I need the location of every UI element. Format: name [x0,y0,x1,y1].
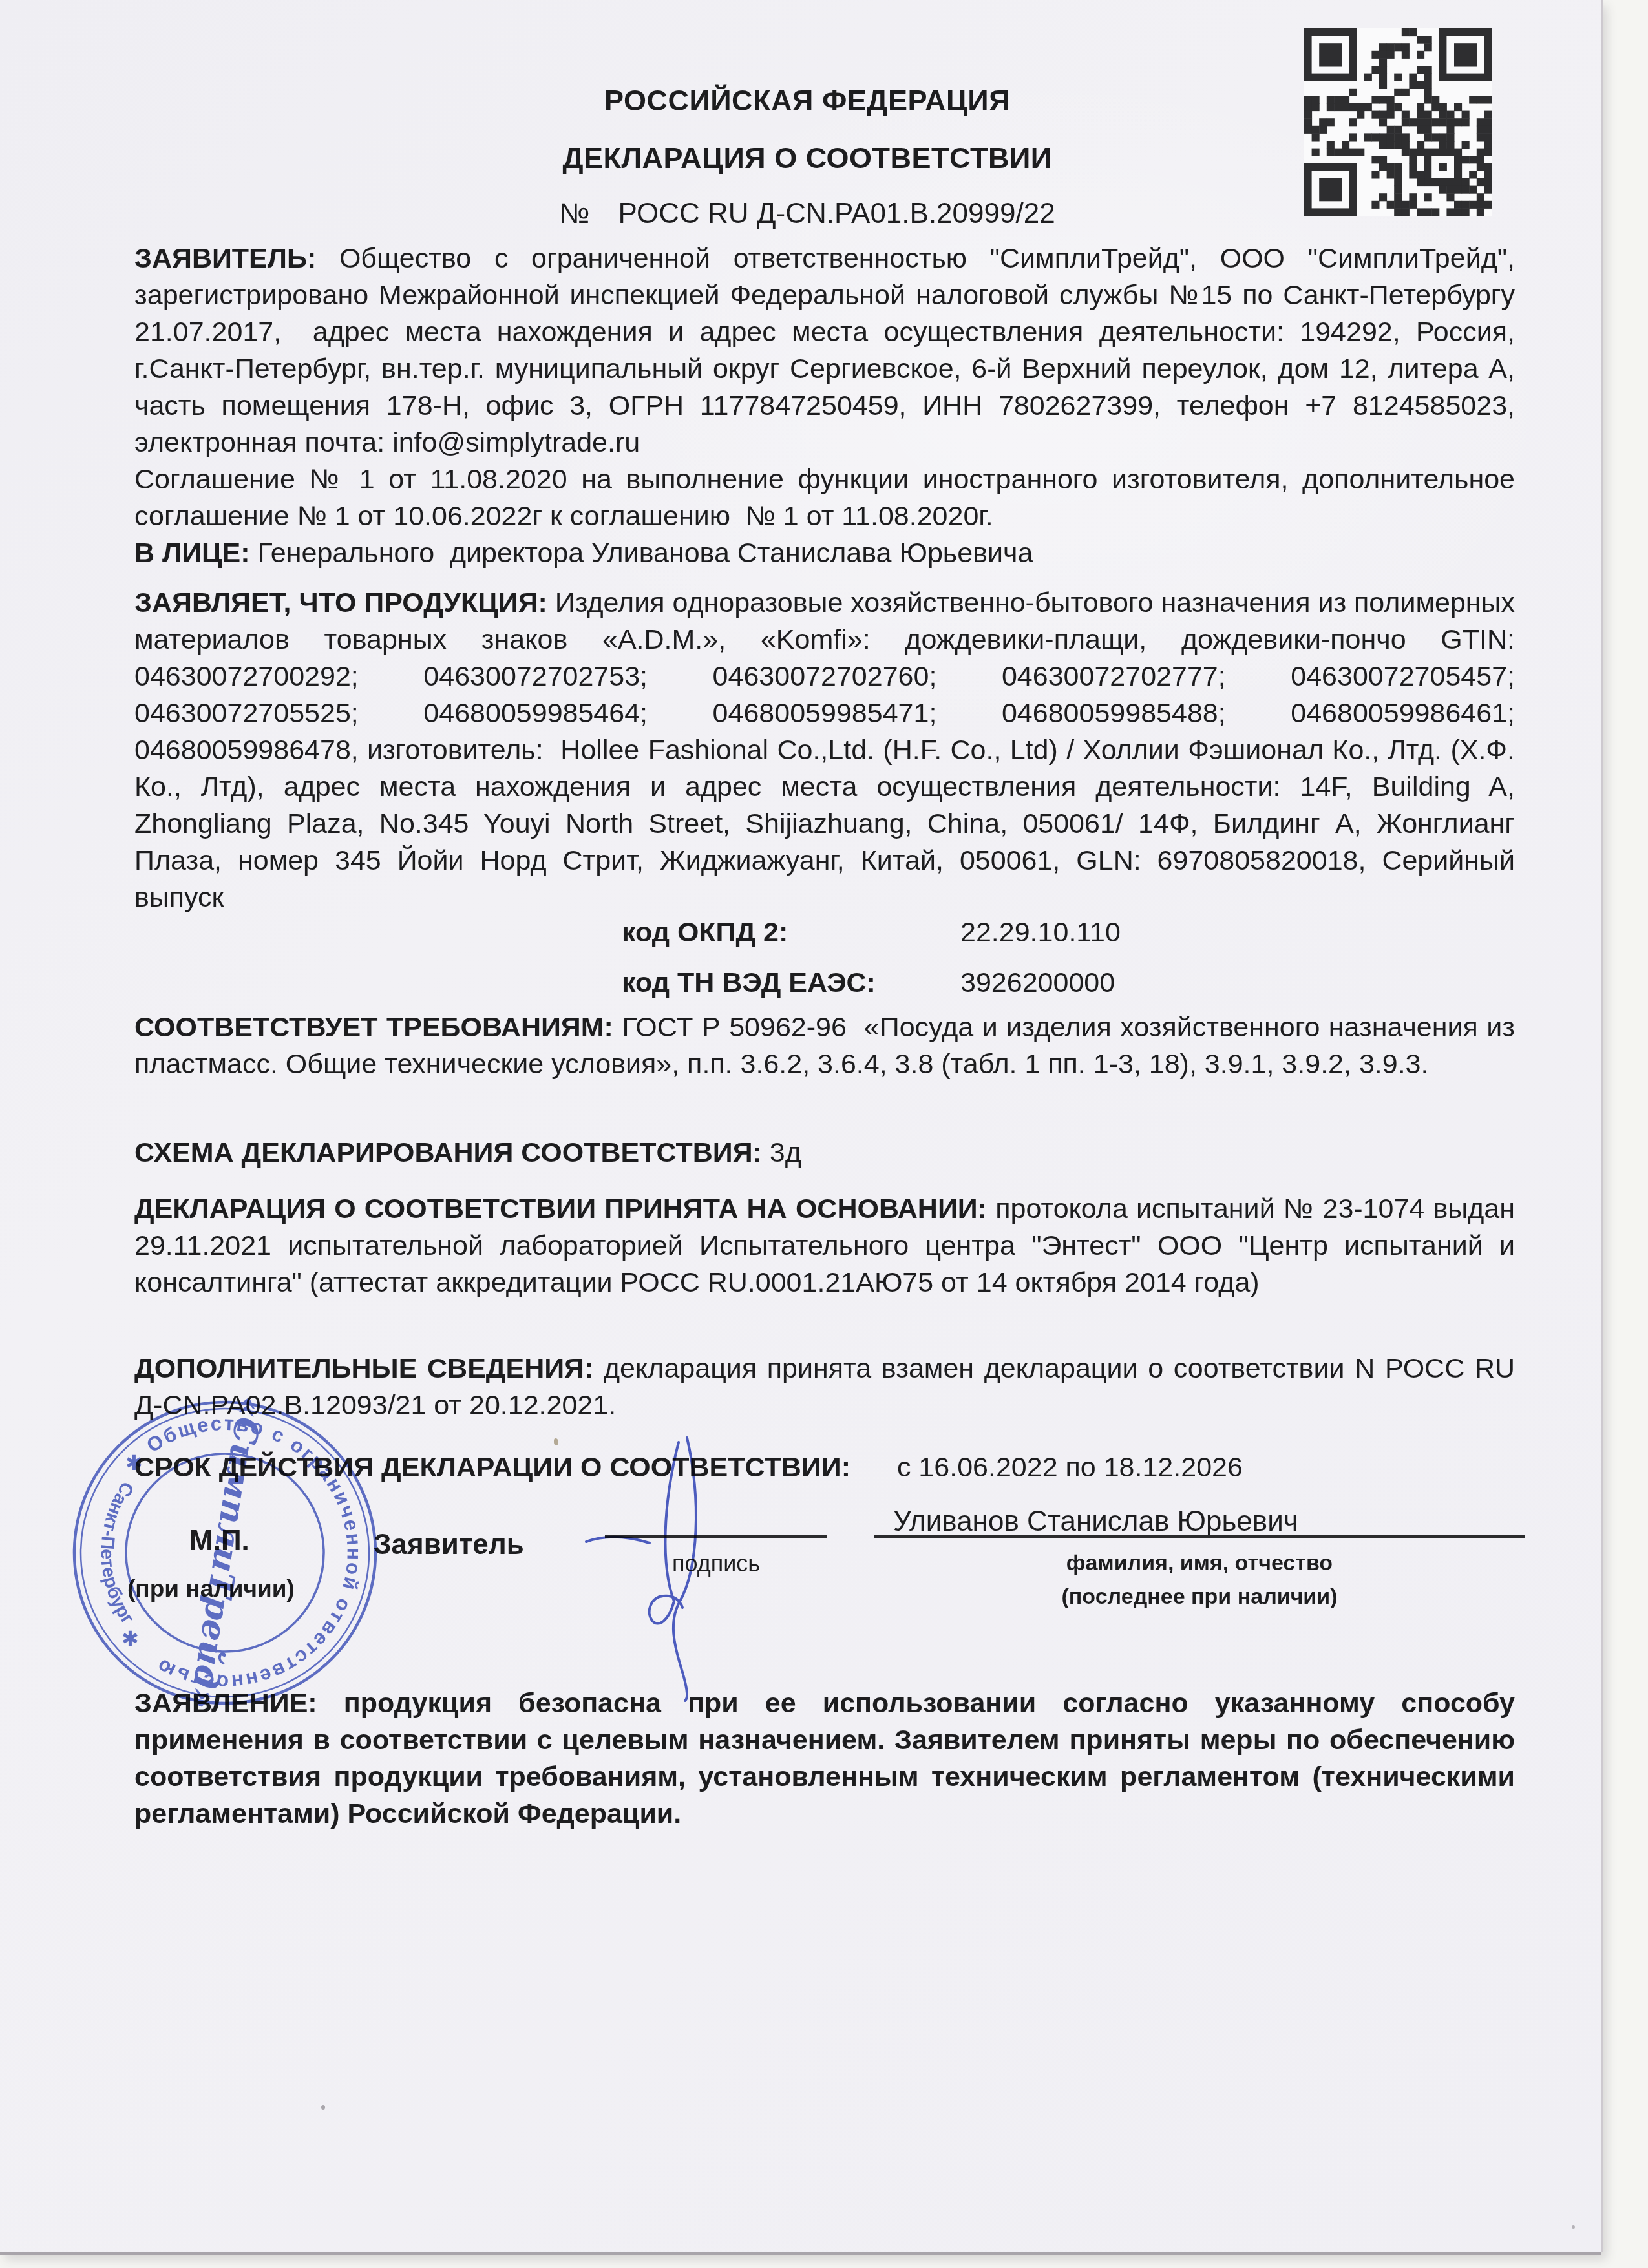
scanned-declaration-page: { "document": { "country_header": "РОССИ… [0,0,1648,2268]
scan-speck [321,2105,325,2110]
country-header: РОССИЙСКАЯ ФЕДЕРАЦИЯ [134,84,1480,118]
okpd-code-row: код ОКПД 2:22.29.10.110 [622,914,1121,951]
applicant-paragraph: ЗАЯВИТЕЛЬ: Общество с ограниченной ответ… [134,240,1515,461]
number-sign: № [559,198,589,229]
section-product: ЗАЯВЛЯЕТ, ЧТО ПРОДУКЦИЯ: Изделия однораз… [134,585,1515,916]
stamp-separator-bottom-icon: ✱ [121,1627,139,1650]
applicant-role-label: Заявитель [374,1529,524,1561]
additional-label: ДОПОЛНИТЕЛЬНЫЕ СВЕДЕНИЯ: [134,1353,604,1384]
scan-speck [554,1438,558,1445]
stamp-company-name: «СимплиТрейд» [182,1394,270,1712]
fio-line [874,1535,1525,1538]
company-stamp: Общество с ограниченной ответственностью… [57,1385,393,1721]
fio-caption-line2: (последнее при наличии) [874,1584,1525,1610]
qr-code [1304,28,1492,216]
tnved-value: 3926200000 [960,967,1115,998]
in-person-label: В ЛИЦЕ: [134,538,257,569]
conformity-paragraph: СООТВЕТСТВУЕТ ТРЕБОВАНИЯМ: ГОСТ Р 50962-… [134,1009,1515,1083]
basis-label: ДЕКЛАРАЦИЯ О СООТВЕТСТВИИ ПРИНЯТА НА ОСН… [134,1193,995,1224]
applicant-label: ЗАЯВИТЕЛЬ: [134,243,339,274]
basis-paragraph: ДЕКЛАРАЦИЯ О СООТВЕТСТВИИ ПРИНЯТА НА ОСН… [134,1191,1515,1301]
agreement-paragraph: Соглашение № 1 от 11.08.2020 на выполнен… [134,461,1515,535]
fio-caption-line1: фамилия, имя, отчество [874,1551,1525,1576]
fio-value: Уливанов Станислав Юрьевич [893,1506,1298,1538]
tnved-code-row: код ТН ВЭД ЕАЭС:3926200000 [622,965,1115,1002]
document-title: ДЕКЛАРАЦИЯ О СООТВЕТСТВИИ [134,142,1480,175]
scheme-value: 3д [770,1137,801,1168]
stamp-ring-text-left: Санкт-Петербург [96,1478,138,1628]
applicant-text: Общество с ограниченной ответственностью… [134,243,1515,458]
section-basis: ДЕКЛАРАЦИЯ О СООТВЕТСТВИИ ПРИНЯТА НА ОСН… [134,1191,1515,1301]
okpd-label: код ОКПД 2: [622,914,960,951]
product-text: Изделия одноразовые хозяйственно-бытовог… [134,587,1515,913]
declaration-number-line: №РОСС RU Д-CN.PA01.B.20999/22 [134,198,1558,230]
in-person-paragraph: В ЛИЦЕ: Генерального директора Уливанова… [134,535,1515,572]
okpd-value: 22.29.10.110 [960,917,1121,948]
in-person-text: Генерального директора Уливанова Станисл… [257,538,1033,569]
conformity-label: СООТВЕТСТВУЕТ ТРЕБОВАНИЯМ: [134,1012,622,1043]
scheme-label: СХЕМА ДЕКЛАРИРОВАНИЯ СООТВЕТСТВИЯ: [134,1137,770,1168]
product-paragraph: ЗАЯВЛЯЕТ, ЧТО ПРОДУКЦИЯ: Изделия однораз… [134,585,1515,916]
scheme-row: СХЕМА ДЕКЛАРИРОВАНИЯ СООТВЕТСТВИЯ: 3д [134,1135,801,1171]
validity-value: с 16.06.2022 по 18.12.2026 [897,1452,1243,1483]
scan-speck [1572,2225,1575,2229]
section-conformity: СООТВЕТСТВУЕТ ТРЕБОВАНИЯМ: ГОСТ Р 50962-… [134,1009,1515,1083]
tnved-label: код ТН ВЭД ЕАЭС: [622,965,960,1002]
section-applicant: ЗАЯВИТЕЛЬ: Общество с ограниченной ответ… [134,240,1515,572]
product-label: ЗАЯВЛЯЕТ, ЧТО ПРОДУКЦИЯ: [134,587,555,618]
handwritten-signature [572,1409,805,1719]
stamp-separator-top-icon: ✱ [125,1451,143,1475]
declaration-number: РОСС RU Д-CN.PA01.B.20999/22 [618,198,1055,229]
